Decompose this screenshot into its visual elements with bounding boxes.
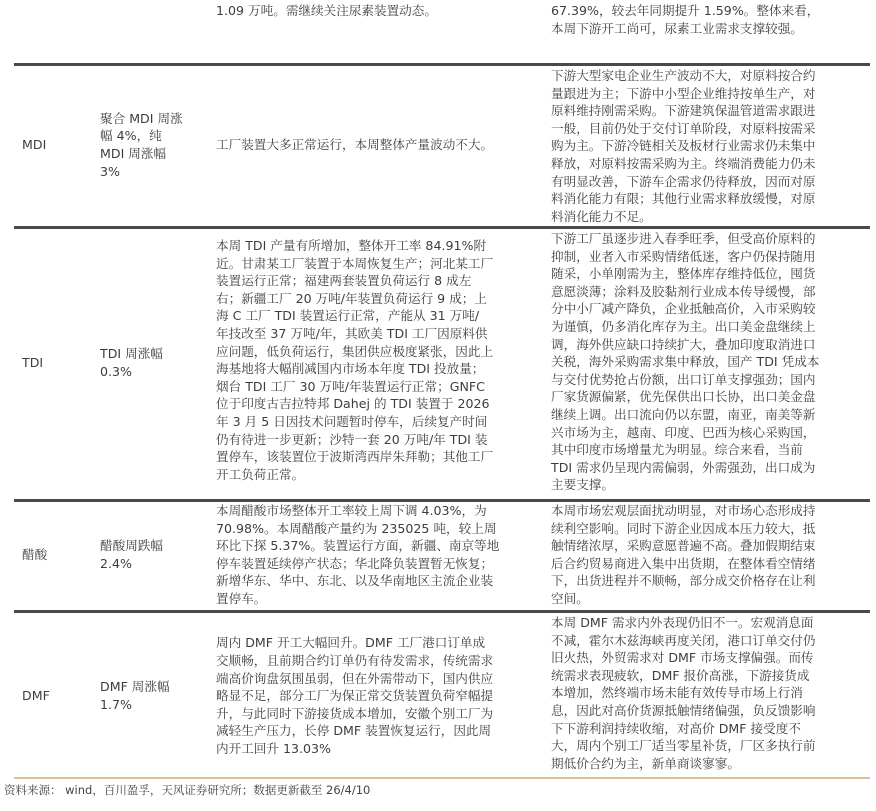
table-bottom-rule (14, 777, 870, 779)
product-name: 醋酸 (22, 546, 47, 564)
row-mdi-name: MDI (22, 66, 92, 224)
commodity-table-page: 1.09 万吨。需继续关注尿素装置动态。 67.39%，较去年同期提升 1.59… (0, 0, 876, 811)
supply-text: 周内 DMF 开工大幅回升。DMF 工厂港口订单成 交顺畅，且前期合约订单仍有待… (216, 634, 493, 757)
row-tdi-name: TDI (22, 229, 92, 497)
product-name: MDI (22, 136, 46, 154)
row-urea-demand: 67.39%，较去年同期提升 1.59%。整体来看， 本周下游开工尚可，尿素工业… (551, 2, 861, 37)
row-dmf-name: DMF (22, 613, 92, 779)
row-mdi-supply: 工厂装置大多正常运行，本周整体产量波动不大。 (216, 66, 531, 224)
price-change-text: 聚合 MDI 周涨 幅 4%，纯 MDI 周涨幅 3% (100, 110, 183, 180)
row-dmf-supply: 周内 DMF 开工大幅回升。DMF 工厂港口订单成 交顺畅，且前期合约订单仍有待… (216, 613, 531, 779)
row-acetic-acid-price-change: 醋酸周跌幅 2.4% (100, 502, 210, 608)
row-tdi-price-change: TDI 周涨幅 0.3% (100, 229, 210, 497)
row-tdi-supply: 本周 TDI 产量有所增加，整体开工率 84.91%附 近。甘肃某工厂装置于本周… (216, 237, 531, 483)
price-change-text: 醋酸周跌幅 2.4% (100, 537, 163, 572)
row-mdi-demand: 下游大型家电企业生产波动不大，对原料按合约 量跟进为主；下游中小型企业维持按单生… (551, 67, 861, 225)
row-mdi-price-change: 聚合 MDI 周涨 幅 4%，纯 MDI 周涨幅 3% (100, 66, 210, 224)
supply-text: 工厂装置大多正常运行，本周整体产量波动不大。 (216, 136, 493, 154)
row-urea-supply: 1.09 万吨。需继续关注尿素装置动态。 (216, 2, 531, 20)
row-dmf-price-change: DMF 周涨幅 1.7% (100, 613, 210, 779)
row-tdi-demand: 下游工厂虽逐步进入春季旺季，但受高价原料的 抑制，业者入市采购情绪低迷，客户仍保… (551, 230, 861, 494)
row-acetic-acid-name: 醋酸 (22, 502, 92, 608)
price-change-text: DMF 周涨幅 1.7% (100, 678, 170, 713)
row-dmf-demand: 本周 DMF 需求内外表现仍旧不一。宏观消息面 不减，霍尔木兹海峡再度关闭，港口… (551, 614, 861, 772)
row-acetic-acid-supply: 本周醋酸市场整体开工率较上周下调 4.03%，为 70.98%。本周醋酸产量约为… (216, 502, 531, 608)
row-acetic-acid-demand: 本周市场宏观层面扰动明显，对市场心态形成持 续利空影响。同时下游企业因成本压力较… (551, 502, 861, 608)
source-note: 资料来源： wind，百川盈孚，天风证券研究所；数据更新截至 26/4/10 (4, 782, 370, 798)
product-name: TDI (22, 354, 43, 372)
product-name: DMF (22, 687, 50, 705)
price-change-text: TDI 周涨幅 0.3% (100, 345, 163, 380)
